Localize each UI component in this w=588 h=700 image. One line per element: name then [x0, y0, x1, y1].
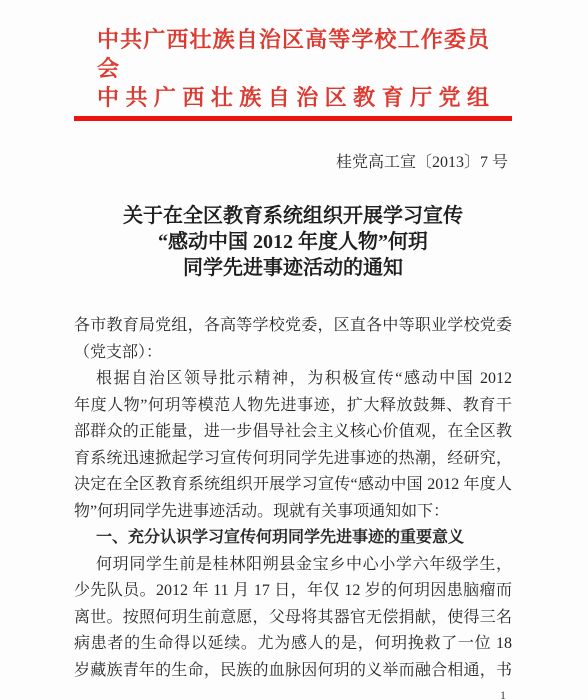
document-number: 桂党高工宣〔2013〕7 号: [74, 153, 512, 173]
red-divider-rule: [74, 116, 512, 121]
body-line: 少先队员。2012 年 11 月 17 日，年仅 12 岁的何玥因患脑瘤而: [74, 578, 512, 605]
body-line: 离世。按照何玥生前意愿，父母将其器官无偿捐献，使得三名: [74, 605, 512, 632]
body-line: 病患者的生命得以延续。尤为感人的是，何玥挽救了一位 18: [74, 631, 512, 658]
document-title: 关于在全区教育系统组织开展学习宣传 “感动中国 2012 年度人物”何玥 同学先…: [74, 203, 512, 281]
body-line: 岁藏族青年的生命，民族的血脉因何玥的义举而融合相通，书: [74, 658, 512, 685]
page-number: 1: [500, 688, 506, 700]
body-line: 一、充分认识学习宣传何玥同学先进事迹的重要意义: [74, 525, 512, 552]
letterhead: 中共广西壮族自治区高等学校工作委员会 中共广西壮族自治区教育厅党组 桂党高工宣〔…: [74, 25, 512, 173]
body-line: （党支部）：: [74, 340, 512, 367]
document-page: 中共广西壮族自治区高等学校工作委员会 中共广西壮族自治区教育厅党组 桂党高工宣〔…: [0, 0, 588, 700]
org-name-line-1: 中共广西壮族自治区高等学校工作委员会: [97, 25, 489, 83]
body-line: 根据自治区领导批示精神，为积极宣传“感动中国 2012: [74, 366, 512, 393]
issuing-org-block: 中共广西壮族自治区高等学校工作委员会 中共广西壮族自治区教育厅党组: [97, 25, 489, 112]
document-body: 各市教育局党组，各高等学校党委，区直各中等职业学校党委（党支部）：根据自治区领导…: [74, 313, 512, 684]
org-name-line-2: 中共广西壮族自治区教育厅党组: [97, 83, 489, 112]
page-footer: 1: [74, 688, 512, 700]
body-line: 年度人物”何玥等模范人物先进事迹，扩大释放鼓舞、教育干: [74, 393, 512, 420]
body-line: 物”何玥同学先进事迹活动。现就有关事项通知如下：: [74, 499, 512, 526]
body-line: 何玥同学生前是桂林阳朔县金宝乡中心小学六年级学生，: [74, 552, 512, 579]
body-line: 部群众的正能量，进一步倡导社会主义核心价值观，在全区教: [74, 419, 512, 446]
title-line-2: “感动中国 2012 年度人物”何玥: [74, 229, 512, 255]
body-line: 育系统迅速掀起学习宣传何玥同学先进事迹的热潮，经研究，: [74, 446, 512, 473]
title-line-3: 同学先进事迹活动的通知: [74, 255, 512, 281]
title-line-1: 关于在全区教育系统组织开展学习宣传: [74, 203, 512, 229]
body-line: 决定在全区教育系统组织开展学习宣传“感动中国 2012 年度人: [74, 472, 512, 499]
body-line: 各市教育局党组，各高等学校党委，区直各中等职业学校党委: [74, 313, 512, 340]
